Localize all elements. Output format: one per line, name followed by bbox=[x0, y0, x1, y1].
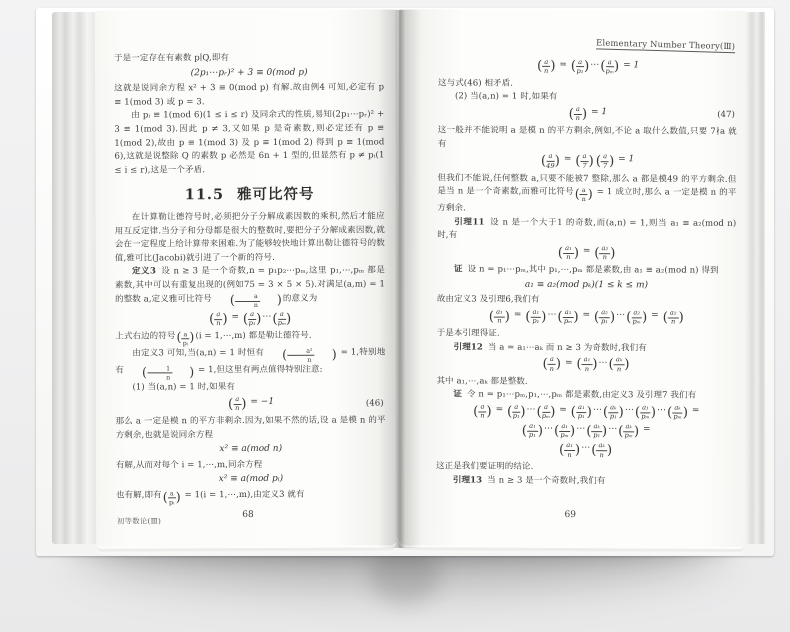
photo-background: 于是一定存在有素数 p∣Q,即有 (2p₁⋯pᵣ)² + 3 ≡ 0(mod p… bbox=[0, 0, 790, 632]
display-formula: (a₁n) = (a₂n) bbox=[437, 244, 736, 263]
equation-number: (47) bbox=[717, 109, 735, 123]
display-formula: x² ≡ a(mod n) bbox=[116, 443, 386, 458]
lemma-label: 引理11 bbox=[454, 217, 484, 227]
page-left-content: 于是一定存在有素数 p∣Q,即有 (2p₁⋯pᵣ)² + 3 ≡ 0(mod p… bbox=[95, 9, 399, 507]
paragraph: 于是本引理得证. bbox=[437, 328, 736, 343]
formula-text: a₁ ≡ a₂(mod pₖ)(1 ≤ k ≤ m) bbox=[525, 280, 648, 291]
lemma-paragraph: 引理12当 a = a₁⋯aₖ 而 n ≥ 3 为奇数时,我们有 bbox=[437, 341, 736, 356]
lemma-label: 引理13 bbox=[453, 475, 482, 485]
definition-paragraph: 定义3设 n ≥ 3 是一个奇数,n = p₁p₂⋯pₘ,这里 p₁,⋯,pₘ … bbox=[115, 265, 385, 311]
section-title: 雅可比符号 bbox=[237, 186, 315, 203]
running-header: Elementary Number Theory(Ⅲ) bbox=[438, 32, 735, 55]
book-title-footer: 初等数论(Ⅲ) bbox=[117, 516, 161, 526]
definition-label: 定义3 bbox=[132, 267, 156, 277]
formula-text: (a₁n) = (a₂n) bbox=[557, 246, 617, 256]
paragraph: 于是一定存在有素数 p∣Q,即有 bbox=[114, 51, 384, 66]
display-formula: (an) = −1(46) bbox=[116, 395, 386, 413]
paragraph: 但我们不能说,任何整数 a,只要不能被7 整除,那么 a 都是模49 的平方剩余… bbox=[437, 172, 736, 218]
formula-text: (an) = (ap₁)⋯(apₘ) = (a₁p₁)⋯(aₖp₁)⋯(a₁pₘ… bbox=[472, 404, 699, 415]
paragraph: 在计算勒让德符号时,必须把分子分解成素因数的乘积,然后才能应用互反定律.当分子和… bbox=[115, 210, 385, 266]
proof-label: 证 bbox=[453, 390, 462, 400]
formula-text: (a₁n) = (a₁p₁)⋯(a₁pₘ) = (a₂p₁)⋯(a₂pₘ) = … bbox=[488, 310, 685, 321]
paragraph-text: 设 n = p₁⋯pₘ,其中 p₁,⋯,pₘ 都是素数,由 a₁ ≡ a₂(mo… bbox=[468, 265, 719, 276]
left-page-stack-edge bbox=[52, 12, 96, 544]
formula-text: (an) = (ap₁)⋯(apₘ) = 1 bbox=[536, 59, 639, 70]
paragraph: 由定义3 可知,当(a,n) = 1 时恒有(a²n) = 1,特别地有(1n)… bbox=[115, 346, 385, 381]
display-formula: (a₁n)⋯(aₖn) bbox=[436, 441, 735, 460]
display-formula: (an) = (ap₁)⋯(apₘ) = (a₁p₁)⋯(aₖp₁)⋯(a₁pₘ… bbox=[436, 403, 735, 422]
section-heading: 11.5雅可比符号 bbox=[115, 188, 385, 203]
proof-paragraph: 证设 n = p₁⋯pₘ,其中 p₁,⋯,pₘ 都是素数,由 a₁ ≡ a₂(m… bbox=[437, 264, 736, 279]
formula-text: x² ≡ a(mod pᵢ) bbox=[219, 474, 284, 484]
display-formula: (a₁p₁)⋯(a₁pₘ)⋯(aₖp₁)⋯(aₖpₘ) = bbox=[436, 422, 735, 441]
formula-text: (an) = 1 bbox=[568, 107, 608, 117]
display-formula: (an) = (a₁n)⋯(aₖn) bbox=[437, 356, 736, 375]
display-formula: (a₁n) = (a₁p₁)⋯(a₁pₘ) = (a₂p₁)⋯(a₂pₘ) = … bbox=[437, 308, 736, 327]
formula-text: (an) = (ap₁)⋯(apₘ) bbox=[208, 312, 292, 322]
display-formula: (an) = (ap₁)⋯(apₘ) = 1 bbox=[438, 58, 737, 77]
display-formula: (an) = 1(47) bbox=[438, 105, 737, 124]
open-book: 于是一定存在有素数 p∣Q,即有 (2p₁⋯pᵣ)² + 3 ≡ 0(mod p… bbox=[40, 10, 770, 550]
page-right-content: Elementary Number Theory(Ⅲ) (an) = (ap₁)… bbox=[397, 9, 747, 489]
display-formula: (an) = (ap₁)⋯(apₘ) bbox=[115, 310, 385, 328]
display-formula: (2p₁⋯pᵣ)² + 3 ≡ 0(mod p) bbox=[114, 66, 384, 81]
formula-text: (an) = (a₁n)⋯(aₖn) bbox=[542, 357, 631, 367]
page-left: 于是一定存在有素数 p∣Q,即有 (2p₁⋯pᵣ)² + 3 ≡ 0(mod p… bbox=[95, 9, 399, 546]
paragraph: (1) 当(a,n) = 1 时,如果有 bbox=[115, 381, 385, 396]
lemma-paragraph: 引理11设 n 是一个大于1 的奇数,而(a,n) = 1,则当 a₁ ≡ a₂… bbox=[437, 216, 736, 245]
formula-text: (2p₁⋯pᵣ)² + 3 ≡ 0(mod p) bbox=[191, 67, 308, 78]
page-right: Elementary Number Theory(Ⅲ) (an) = (ap₁)… bbox=[397, 9, 747, 547]
paragraph: 故由定义3 及引理6,我们有 bbox=[437, 294, 736, 309]
display-formula: (a49) = (a7)(a7) = 1 bbox=[438, 153, 737, 172]
paragraph: 这就是说同余方程 x² + 3 ≡ 0(mod p) 有解.故由例4 可知,必定… bbox=[114, 82, 384, 110]
page-number: 69 bbox=[397, 509, 744, 521]
right-page-stack-edge bbox=[745, 12, 765, 544]
formula-text: (an) = −1 bbox=[227, 397, 274, 407]
display-formula: a₁ ≡ a₂(mod pₖ)(1 ≤ k ≤ m) bbox=[437, 278, 736, 293]
paragraph-text: 令 n = p₁⋯pₘ,p₁,⋯,pₘ 都是素数,由定义3 及引理7 我们有 bbox=[467, 390, 696, 401]
paragraph: 也有解,即有(apᵢ) = 1(i = 1,⋯,m),由定义3 就有 bbox=[116, 488, 386, 506]
equation-number: (46) bbox=[366, 397, 384, 411]
paragraph-text: 当 n ≥ 3 是一个奇数时,我们有 bbox=[487, 475, 605, 486]
paragraph: 由 pᵢ ≡ 1(mod 6)(1 ≤ i ≤ r) 及同余式的性质,易知(2p… bbox=[114, 109, 384, 178]
section-number: 11.5 bbox=[185, 186, 224, 203]
paragraph: (2) 当(a,n) = 1 时,如果有 bbox=[438, 91, 737, 106]
lemma-label: 引理12 bbox=[454, 342, 483, 352]
lemma-paragraph: 引理13当 n ≥ 3 是一个奇数时,我们有 bbox=[436, 474, 735, 489]
display-formula: x² ≡ a(mod pᵢ) bbox=[116, 473, 386, 488]
paragraph-text: 当 a = a₁⋯aₖ 而 n ≥ 3 为奇数时,我们有 bbox=[488, 342, 647, 353]
proof-label: 证 bbox=[454, 265, 463, 275]
formula-text: x² ≡ a(mod n) bbox=[219, 444, 282, 454]
proof-paragraph: 证令 n = p₁⋯pₘ,p₁,⋯,pₘ 都是素数,由定义3 及引理7 我们有 bbox=[436, 388, 735, 403]
paragraph: 上式右边的符号(apᵢ)(i = 1,⋯,m) 都是勒让德符号. bbox=[115, 329, 385, 347]
paragraph: 那么 a 一定是模 n 的平方非剩余.因为,如果不然的话,设 a 是模 n 的平… bbox=[116, 414, 386, 442]
paragraph: 这一般并不能说明 a 是模 n 的平方剩余,例如,不论 a 取什么数值,只要 7… bbox=[438, 124, 737, 153]
formula-text: (a49) = (a7)(a7) = 1 bbox=[540, 154, 634, 164]
running-header-text: Elementary Number Theory(Ⅲ) bbox=[596, 37, 735, 53]
paragraph: 有解,从而对每个 i = 1,⋯,m,同余方程 bbox=[116, 458, 386, 473]
formula-text: (a₁n)⋯(aₖn) bbox=[558, 443, 613, 453]
formula-text: (a₁p₁)⋯(a₁pₘ)⋯(aₖp₁)⋯(aₖpₘ) = bbox=[521, 424, 651, 435]
